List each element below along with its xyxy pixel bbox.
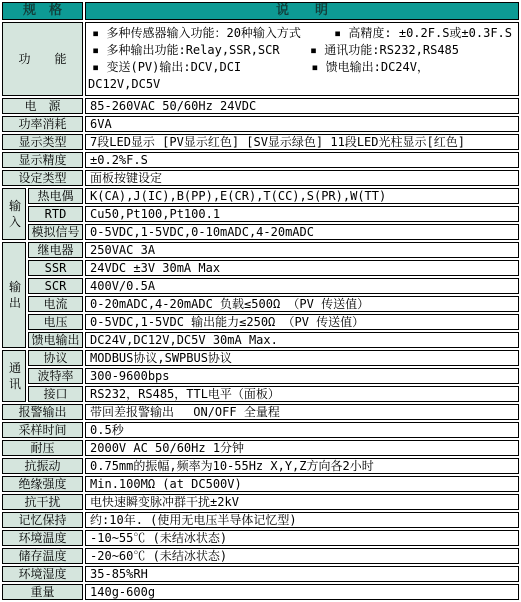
function-line: ▪ 多种传感器输入功能：20种输入方式 ▪ 高精度: ±0.2F.S或±0.3F… [92,25,514,42]
function-line-right: ▪ 高精度: ±0.2F.S或±0.3F.S [334,25,512,42]
group-output-label: 输出 [2,242,26,348]
row-weight-value: 140g-600g [85,584,519,600]
row-output-voltage-label: 电压 [28,314,83,330]
function-line-left: ▪ 多种输出功能:Relay,SSR,SCR [92,42,280,59]
row-output-relay: 输出 继电器 250VAC 3A [2,242,519,258]
row-vibration: 抗振动 0.75mm的振幅,频率为10-55Hz X,Y,Z方向各2小时 [2,458,519,474]
row-input-analog-label: 模拟信号 [28,224,83,240]
row-output-scr-label: SCR [28,278,83,294]
row-function: 功 能 ▪ 多种传感器输入功能：20种输入方式 ▪ 高精度: ±0.2F.S或±… [2,22,519,96]
row-sampling-time-label: 采样时间 [2,422,83,438]
row-withstand-voltage-label: 耐压 [2,440,83,456]
row-memory-value: 约:10年. (使用无电压半导体记忆型) [85,512,519,528]
row-output-voltage: 电压 0-5VDC,1-5VDC 输出能力≤250Ω （PV 传送值） [2,314,519,330]
row-humidity-label: 环境湿度 [2,566,83,582]
row-interference-label: 抗干扰 [2,494,83,510]
row-comm-protocol: 通讯 协议 MODBUS协议,SWPBUS协议 [2,350,519,366]
row-setting-type: 设定类型 面板按键设定 [2,170,519,186]
row-display-type: 显示类型 7段LED显示 [PV显示红色] [SV显示绿色] 11段LED光柱显… [2,134,519,150]
row-withstand-voltage-value: 2000V AC 50/60Hz 1分钟 [85,440,519,456]
row-alarm-output-value: 带回差报警输出 ON/OFF 全量程 [85,404,519,420]
row-vibration-value: 0.75mm的振幅,频率为10-55Hz X,Y,Z方向各2小时 [85,458,519,474]
row-alarm-output-label: 报警输出 [2,404,83,420]
row-weight: 重量 140g-600g [2,584,519,600]
row-output-relay-value: 250VAC 3A [85,242,519,258]
function-line-right: ▪ 通讯功能:RS232,RS485 [310,42,459,59]
row-comm-protocol-value: MODBUS协议,SWPBUS协议 [85,350,519,366]
row-ambient-temp: 环境温度 -10~55℃ (未结冰状态) [2,530,519,546]
row-insulation-label: 绝缘强度 [2,476,83,492]
row-output-current: 电流 0-20mADC,4-20mADC 负载≤500Ω （PV 传送值） [2,296,519,312]
row-power-consumption: 功率消耗 6VA [2,116,519,132]
row-output-ssr-label: SSR [28,260,83,276]
row-input-analog-value: 0-5VDC,1-5VDC,0-10mADC,4-20mADC [85,224,519,240]
row-display-type-value: 7段LED显示 [PV显示红色] [SV显示绿色] 11段LED光柱显示[红色] [85,134,519,150]
row-ambient-temp-value: -10~55℃ (未结冰状态) [85,530,519,546]
function-line: DC12V,DC5V [88,76,514,93]
header-spec-label: 规 格 [2,2,83,20]
row-storage-temp: 储存温度 -20~60℃ (未结冰状态) [2,548,519,564]
row-output-ssr: SSR 24VDC ±3V 30mA Max [2,260,519,276]
function-line-left: DC12V,DC5V [88,76,160,93]
row-insulation-value: Min.100MΩ (at DC500V) [85,476,519,492]
row-setting-type-value: 面板按键设定 [85,170,519,186]
row-display-accuracy-value: ±0.2%F.S [85,152,519,168]
row-display-accuracy: 显示精度 ±0.2%F.S [2,152,519,168]
row-insulation: 绝缘强度 Min.100MΩ (at DC500V) [2,476,519,492]
row-power-value: 85-260VAC 50/60Hz 24VDC [85,98,519,114]
function-line-right: ▪ 馈电输出:DC24V， [311,59,429,76]
row-storage-temp-value: -20~60℃ (未结冰状态) [85,548,519,564]
function-line: ▪ 变送(PV)输出:DCV,DCI ▪ 馈电输出:DC24V， [92,59,514,76]
row-input-thermocouple-label: 热电偶 [28,188,83,204]
row-input-rtd: RTD Cu50,Pt100,Pt100.1 [2,206,519,222]
row-display-type-label: 显示类型 [2,134,83,150]
row-input-thermocouple-value: K(CA),J(IC),B(PP),E(CR),T(CC),S(PR),W(TT… [85,188,519,204]
row-memory: 记忆保持 约:10年. (使用无电压半导体记忆型) [2,512,519,528]
row-output-current-value: 0-20mADC,4-20mADC 负载≤500Ω （PV 传送值） [85,296,519,312]
function-line-left: ▪ 多种传感器输入功能：20种输入方式 [92,25,301,42]
row-function-label: 功 能 [2,22,83,96]
row-output-voltage-value: 0-5VDC,1-5VDC 输出能力≤250Ω （PV 传送值） [85,314,519,330]
row-interference: 抗干扰 电快速瞬变脉冲群干扰±2kV [2,494,519,510]
group-comm-label: 通讯 [2,350,26,402]
row-comm-interface: 接口 RS232，RS485，TTL电平（面板） [2,386,519,402]
row-vibration-label: 抗振动 [2,458,83,474]
row-output-feed: 馈电输出 DC24V,DC12V,DC5V 30mA Max. [2,332,519,348]
function-line-left: ▪ 变送(PV)输出:DCV,DCI [92,59,241,76]
row-output-ssr-value: 24VDC ±3V 30mA Max [85,260,519,276]
row-humidity: 环境湿度 35-85%RH [2,566,519,582]
row-power-label: 电 源 [2,98,83,114]
row-function-value: ▪ 多种传感器输入功能：20种输入方式 ▪ 高精度: ±0.2F.S或±0.3F… [85,22,519,96]
header-row: 规 格 说 明 [2,2,519,20]
row-comm-baud-value: 300-9600bps [85,368,519,384]
group-input-label: 输入 [2,188,26,240]
row-output-feed-value: DC24V,DC12V,DC5V 30mA Max. [85,332,519,348]
row-output-scr-value: 400V/0.5A [85,278,519,294]
row-setting-type-label: 设定类型 [2,170,83,186]
row-output-current-label: 电流 [28,296,83,312]
function-line: ▪ 多种输出功能:Relay,SSR,SCR ▪ 通讯功能:RS232,RS48… [92,42,514,59]
row-sampling-time: 采样时间 0.5秒 [2,422,519,438]
row-power: 电 源 85-260VAC 50/60Hz 24VDC [2,98,519,114]
row-withstand-voltage: 耐压 2000V AC 50/60Hz 1分钟 [2,440,519,456]
row-comm-baud: 波特率 300-9600bps [2,368,519,384]
row-interference-value: 电快速瞬变脉冲群干扰±2kV [85,494,519,510]
row-comm-interface-value: RS232，RS485，TTL电平（面板） [85,386,519,402]
header-desc-label: 说 明 [85,2,519,20]
row-display-accuracy-label: 显示精度 [2,152,83,168]
row-humidity-value: 35-85%RH [85,566,519,582]
row-weight-label: 重量 [2,584,83,600]
row-comm-baud-label: 波特率 [28,368,83,384]
row-power-consumption-value: 6VA [85,116,519,132]
row-storage-temp-label: 储存温度 [2,548,83,564]
row-memory-label: 记忆保持 [2,512,83,528]
row-sampling-time-value: 0.5秒 [85,422,519,438]
row-comm-interface-label: 接口 [28,386,83,402]
row-ambient-temp-label: 环境温度 [2,530,83,546]
row-power-consumption-label: 功率消耗 [2,116,83,132]
row-input-rtd-label: RTD [28,206,83,222]
row-comm-protocol-label: 协议 [28,350,83,366]
row-output-scr: SCR 400V/0.5A [2,278,519,294]
row-input-rtd-value: Cu50,Pt100,Pt100.1 [85,206,519,222]
row-input-thermocouple: 输入 热电偶 K(CA),J(IC),B(PP),E(CR),T(CC),S(P… [2,188,519,204]
row-output-relay-label: 继电器 [28,242,83,258]
row-alarm-output: 报警输出 带回差报警输出 ON/OFF 全量程 [2,404,519,420]
row-input-analog: 模拟信号 0-5VDC,1-5VDC,0-10mADC,4-20mADC [2,224,519,240]
row-output-feed-label: 馈电输出 [28,332,83,348]
spec-table: 规 格 说 明 功 能 ▪ 多种传感器输入功能：20种输入方式 ▪ 高精度: ±… [0,0,521,602]
